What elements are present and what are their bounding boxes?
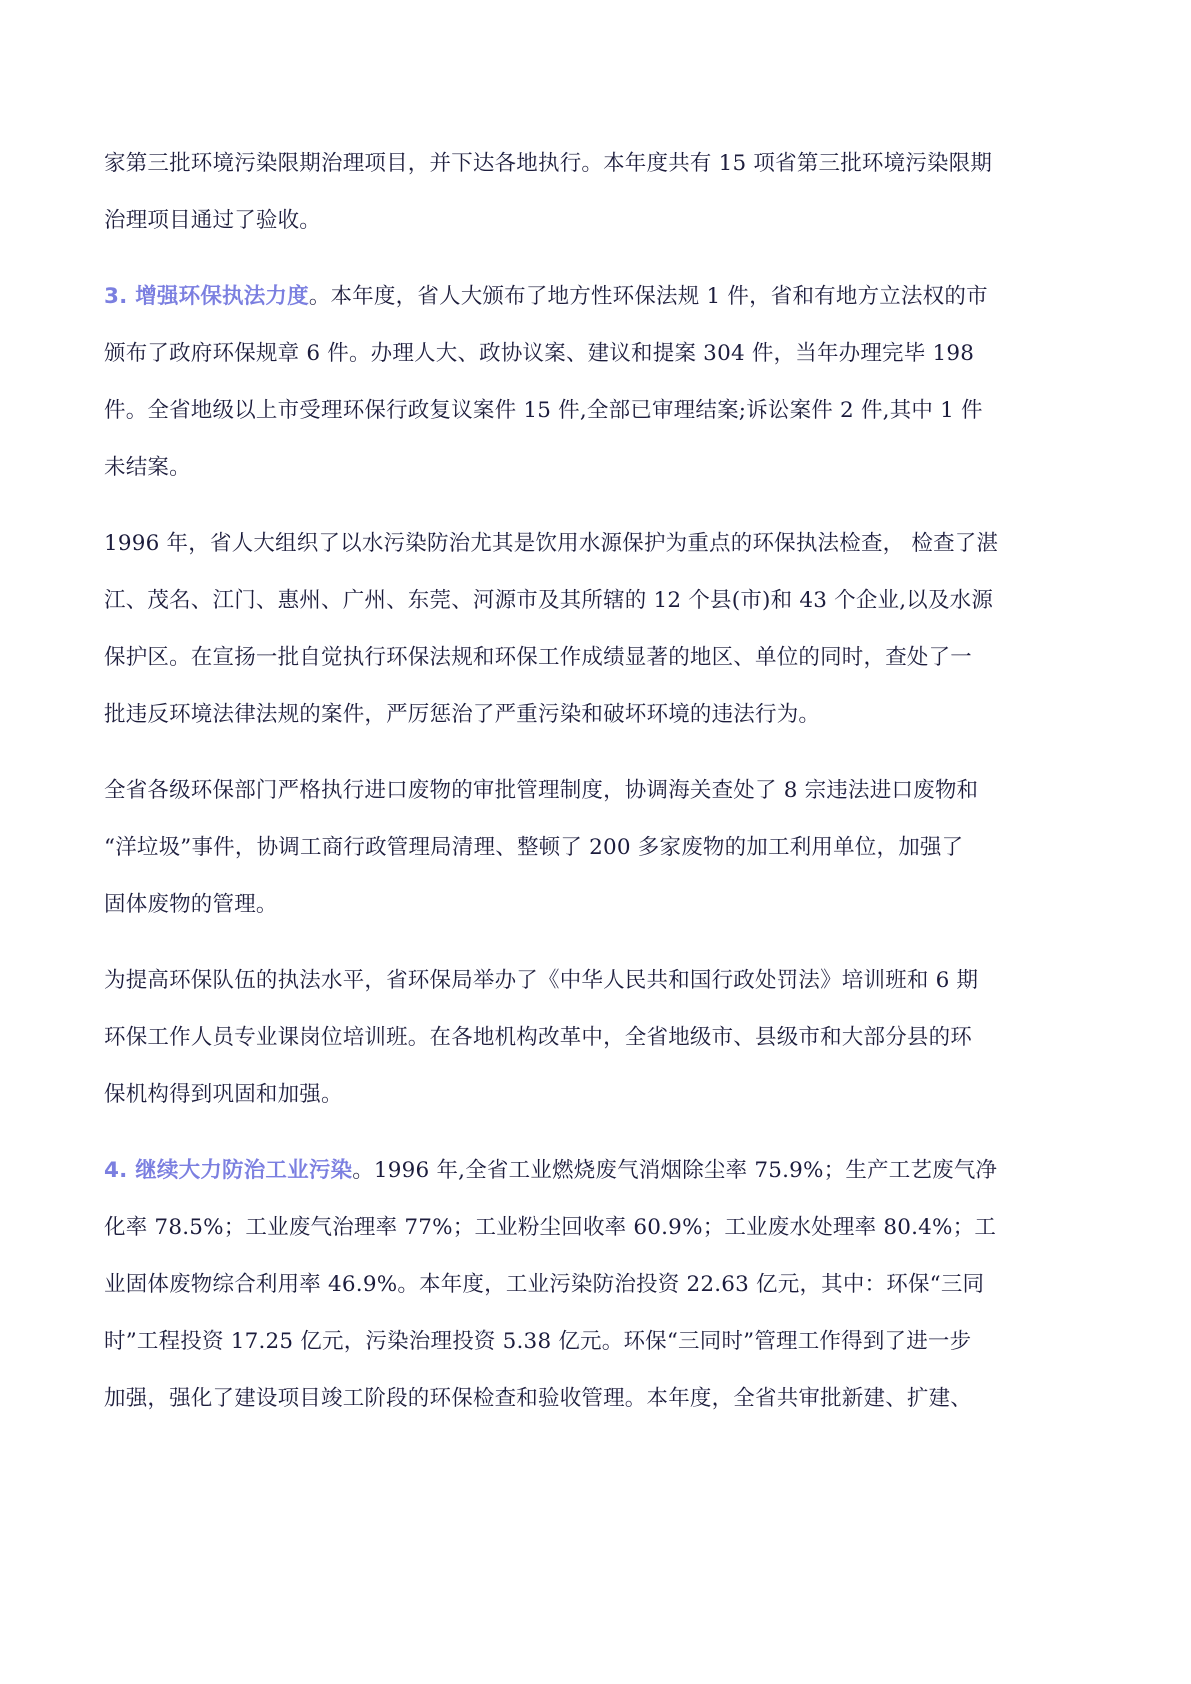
paragraph-5-line-2: 环保工作人员专业课岗位培训班。在各地机构改革中，全省地级市、县级市和大部分县的环: [104, 1024, 972, 1052]
paragraph-6-line-1-text: 。1996 年,全省工业燃烧废气消烟除尘率 75.9%；生产工艺废气净: [352, 1158, 997, 1183]
paragraph-6-line-1: 4. 继续大力防治工业污染。1996 年,全省工业燃烧废气消烟除尘率 75.9%…: [104, 1157, 997, 1185]
paragraph-6-line-2: 化率 78.5%；工业废气治理率 77%；工业粉尘回收率 60.9%；工业废水处…: [104, 1214, 996, 1242]
paragraph-5-line-3: 保机构得到巩固和加强。: [104, 1081, 343, 1109]
paragraph-2-line-2: 颁布了政府环保规章 6 件。办理人大、政协议案、建议和提案 304 件，当年办理…: [104, 340, 974, 368]
paragraph-3-line-4: 批违反环境法律法规的案件，严厉惩治了严重污染和破坏环境的违法行为。: [104, 701, 820, 729]
paragraph-3-line-2: 江、茂名、江门、惠州、广州、东莞、河源市及其所辖的 12 个县(市)和 43 个…: [104, 587, 993, 615]
paragraph-3-line-3: 保护区。在宣扬一批自觉执行环保法规和环保工作成绩显著的地区、单位的同时，查处了一: [104, 644, 972, 672]
paragraph-5-line-1: 为提高环保队伍的执法水平，省环保局举办了《中华人民共和国行政处罚法》培训班和 6…: [104, 967, 978, 995]
paragraph-4-line-2: “洋垃圾”事件，协调工商行政管理局清理、整顿了 200 多家废物的加工利用单位，…: [104, 834, 963, 862]
paragraph-6-line-3: 业固体废物综合利用率 46.9%。本年度，工业污染防治投资 22.63 亿元，其…: [104, 1271, 984, 1299]
paragraph-6-line-4: 时”工程投资 17.25 亿元，污染治理投资 5.38 亿元。环保“三同时”管理…: [104, 1328, 971, 1356]
section-heading-4: 4. 继续大力防治工业污染: [104, 1158, 352, 1183]
paragraph-1-line-2: 治理项目通过了验收。: [104, 207, 321, 235]
paragraph-2-line-3: 件。全省地级以上市受理环保行政复议案件 15 件,全部已审理结案;诉讼案件 2 …: [104, 397, 983, 425]
section-heading-3: 3. 增强环保执法力度: [104, 284, 309, 309]
paragraph-2-line-1: 3. 增强环保执法力度。本年度，省人大颁布了地方性环保法规 1 件，省和有地方立…: [104, 283, 988, 311]
paragraph-6-line-5: 加强，强化了建设项目竣工阶段的环保检查和验收管理。本年度，全省共审批新建、扩建、: [104, 1385, 972, 1413]
paragraph-1-line-1: 家第三批环境污染限期治理项目，并下达各地执行。本年度共有 15 项省第三批环境污…: [104, 150, 992, 178]
paragraph-4-line-1: 全省各级环保部门严格执行进口废物的审批管理制度，协调海关查处了 8 宗违法进口废…: [104, 777, 978, 805]
paragraph-4-line-3: 固体废物的管理。: [104, 891, 278, 919]
paragraph-3-line-1: 1996 年，省人大组织了以水污染防治尤其是饮用水源保护为重点的环保执法检查， …: [104, 530, 998, 558]
paragraph-2-line-4: 未结案。: [104, 454, 191, 482]
paragraph-2-line-1-text: 。本年度，省人大颁布了地方性环保法规 1 件，省和有地方立法权的市: [309, 284, 988, 309]
